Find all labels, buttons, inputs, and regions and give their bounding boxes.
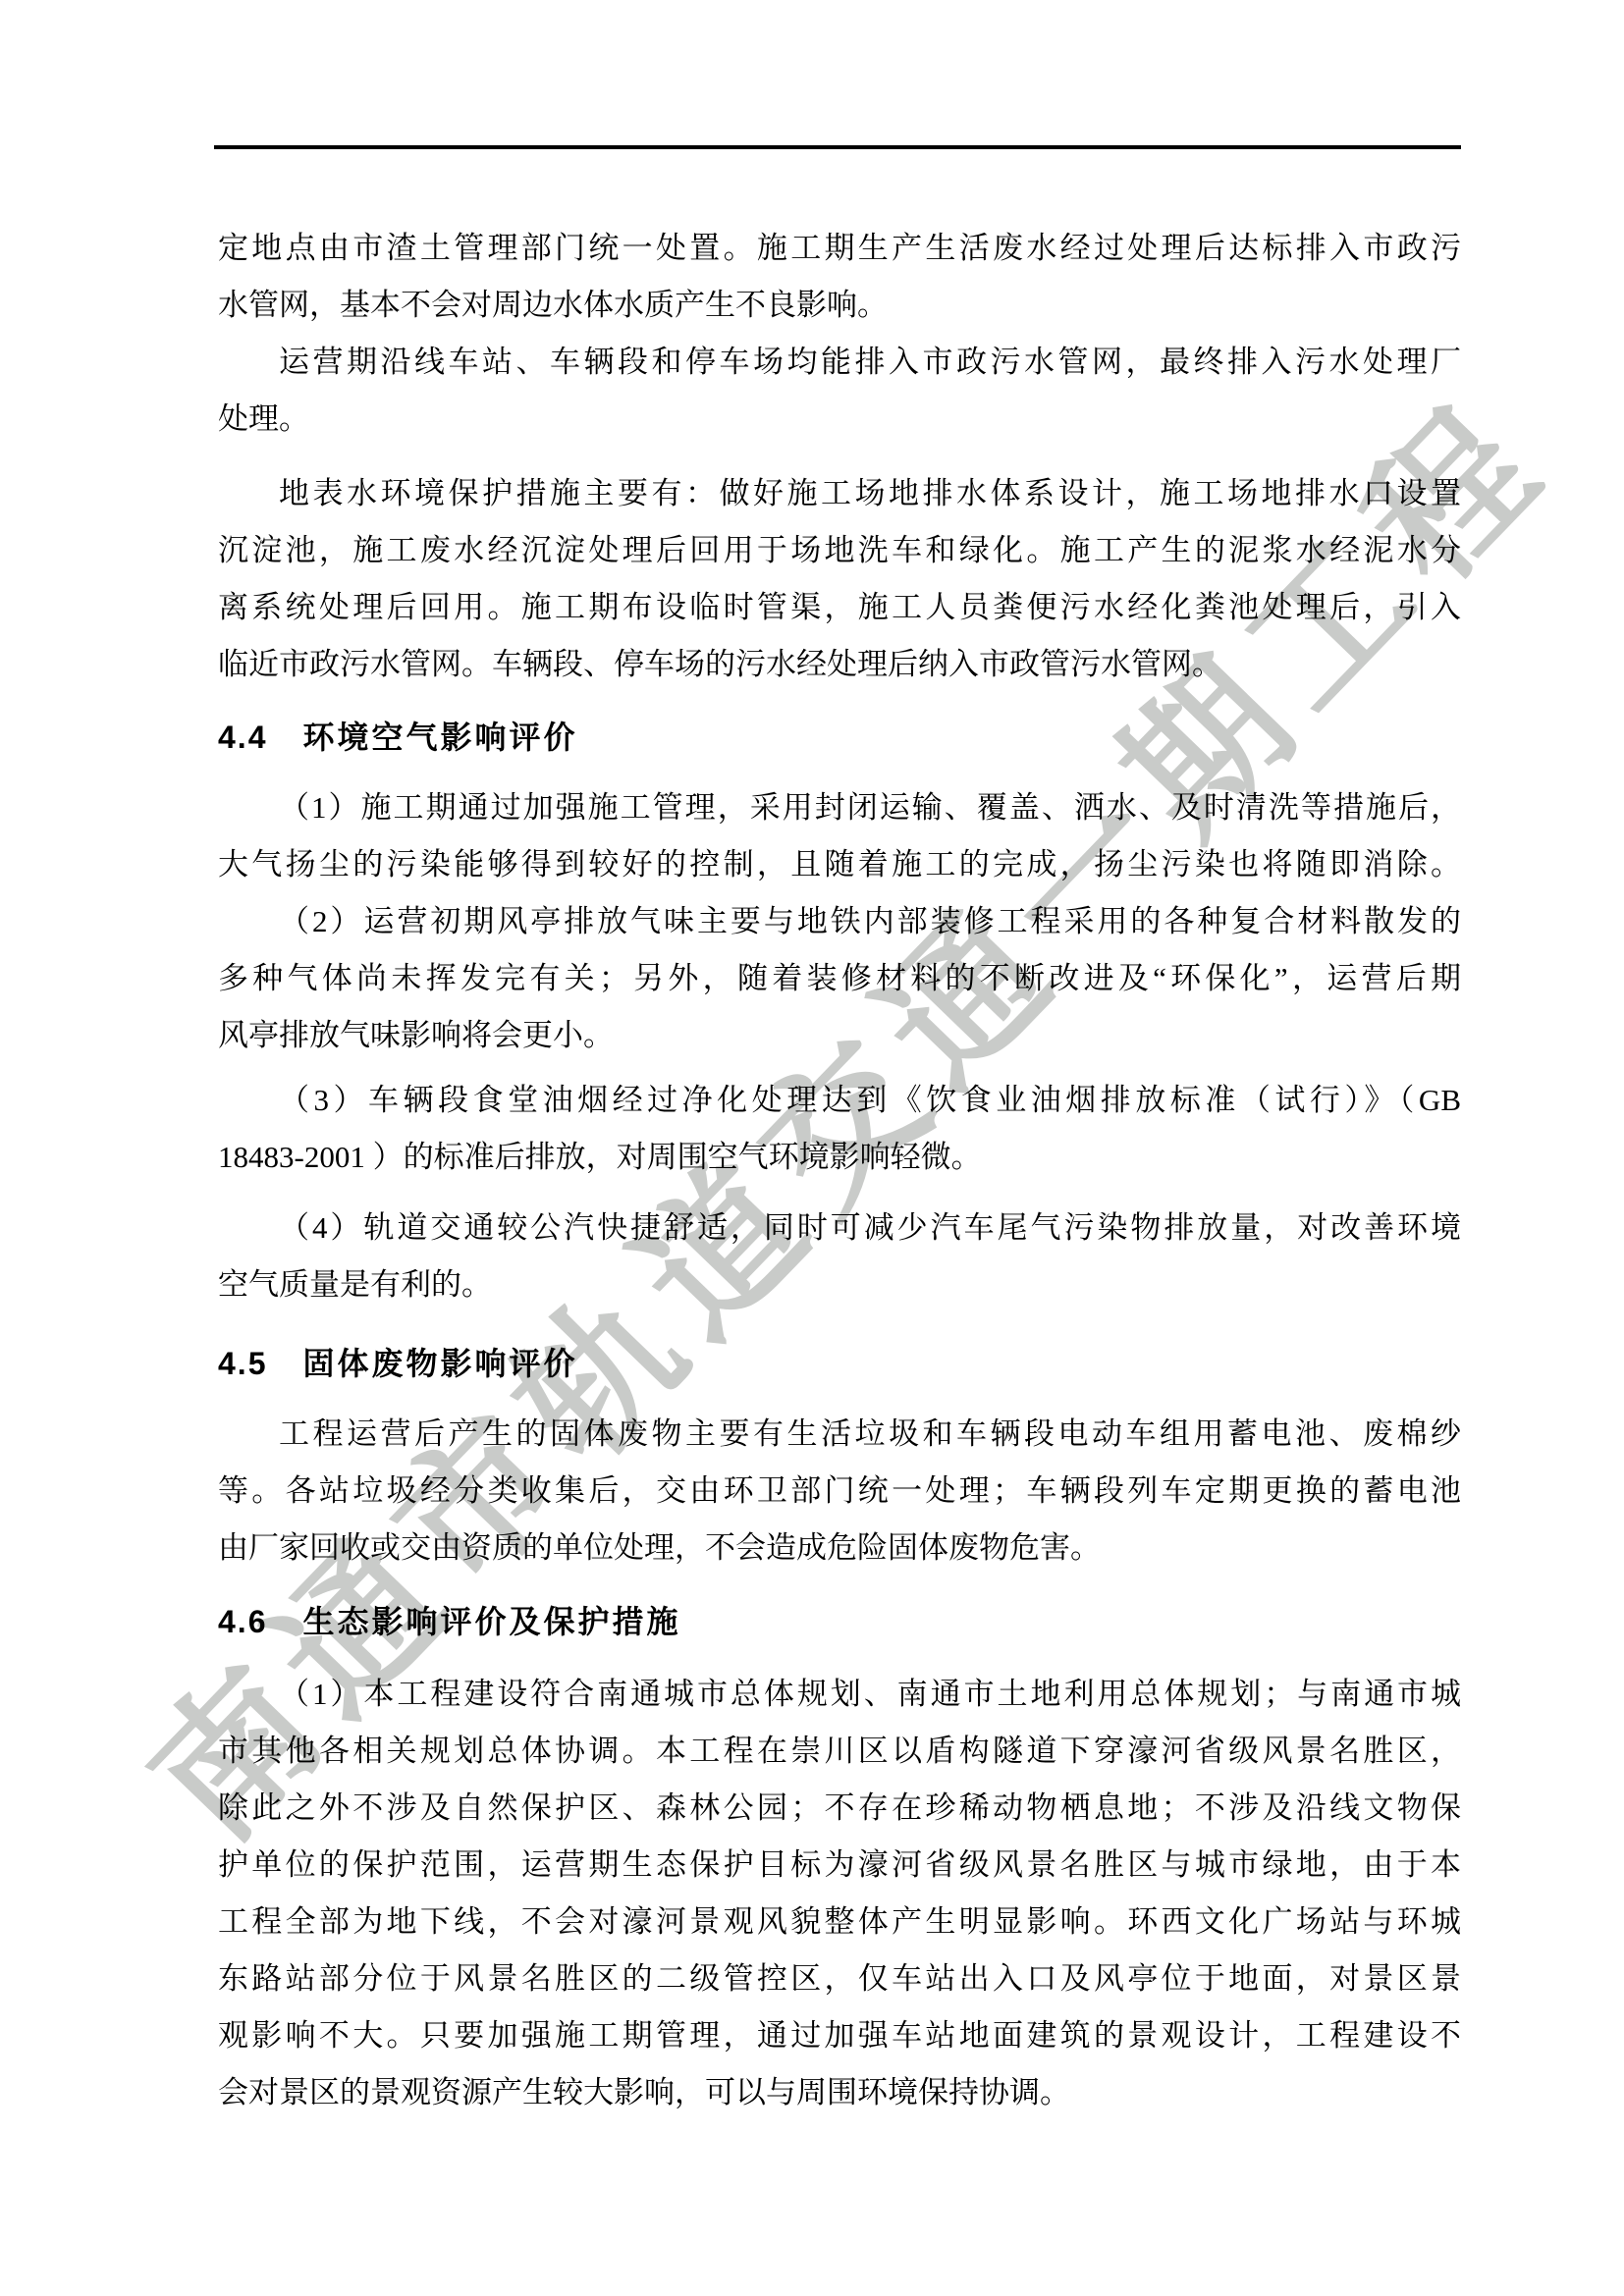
text-line: （1）施工期通过加强施工管理，采用封闭运输、覆盖、洒水、及时清洗等措施后， (218, 779, 1461, 836)
text-line: 会对景区的景观资源产生较大影响，可以与周围环境保持协调。 (218, 2064, 1461, 2121)
section-number: 4.6 (218, 1604, 267, 1639)
text-line: 由厂家回收或交由资质的单位处理，不会造成危险固体废物危害。 (218, 1520, 1461, 1576)
text-line: （4）轨道交通较公汽快捷舒适，同时可减少汽车尾气污染物排放量，对改善环境 (218, 1200, 1461, 1256)
text-line: （2）运营初期风亭排放气味主要与地铁内部装修工程采用的各种复合材料散发的 (218, 893, 1461, 950)
text-line: （1）本工程建设符合南通城市总体规划、南通市土地利用总体规划；与南通市城 (218, 1666, 1461, 1723)
text-line: 风亭排放气味影响将会更小。 (218, 1007, 1461, 1064)
text-line: 除此之外不涉及自然保护区、森林公园；不存在珍稀动物栖息地；不涉及沿线文物保 (218, 1780, 1461, 1837)
text-line: 离系统处理后回用。施工期布设临时管渠，施工人员粪便污水经化粪池处理后，引入 (218, 579, 1461, 636)
paragraph: （2）运营初期风亭排放气味主要与地铁内部装修工程采用的各种复合材料散发的多种气体… (218, 893, 1461, 1064)
paragraph: （4）轨道交通较公汽快捷舒适，同时可减少汽车尾气污染物排放量，对改善环境空气质量… (218, 1200, 1461, 1313)
section-number: 4.4 (218, 720, 267, 755)
section-heading: 4.6生态影响评价及保护措施 (218, 1593, 1461, 1650)
section-title: 生态影响评价及保护措施 (302, 1604, 680, 1639)
text-line: 多种气体尚未挥发完有关；另外，随着装修材料的不断改进及“环保化”，运营后期 (218, 950, 1461, 1007)
text-line: 工程全部为地下线，不会对濠河景观风貌整体产生明显影响。环西文化广场站与环城 (218, 1894, 1461, 1950)
text-line: 观影响不大。只要加强施工期管理，通过加强车站地面建筑的景观设计，工程建设不 (218, 2007, 1461, 2064)
text-line: 工程运营后产生的固体废物主要有生活垃圾和车辆段电动车组用蓄电池、废棉纱 (218, 1406, 1461, 1463)
text-line: 运营期沿线车站、车辆段和停车场均能排入市政污水管网，最终排入污水处理厂 (218, 334, 1461, 391)
text-line: 护单位的保护范围，运营期生态保护目标为濠河省级风景名胜区与城市绿地，由于本 (218, 1837, 1461, 1894)
section-heading: 4.5固体废物影响评价 (218, 1335, 1461, 1392)
paragraph: 运营期沿线车站、车辆段和停车场均能排入市政污水管网，最终排入污水处理厂处理。 (218, 334, 1461, 448)
document-body: 定地点由市渣土管理部门统一处置。施工期生产生活废水经过处理后达标排入市政污水管网… (218, 0, 1461, 2121)
text-line: 处理。 (218, 391, 1461, 448)
text-line: 东路站部分位于风景名胜区的二级管控区，仅车站出入口及风亭位于地面，对景区景 (218, 1950, 1461, 2007)
paragraph: （1）施工期通过加强施工管理，采用封闭运输、覆盖、洒水、及时清洗等措施后，大气扬… (218, 779, 1461, 893)
text-line: 临近市政污水管网。车辆段、停车场的污水经处理后纳入市政管污水管网。 (218, 636, 1461, 693)
document-page: 南通市轨道交通一期工程 定地点由市渣土管理部门统一处置。施工期生产生活废水经过处… (0, 0, 1624, 2296)
paragraph: 定地点由市渣土管理部门统一处置。施工期生产生活废水经过处理后达标排入市政污水管网… (218, 220, 1461, 334)
section-number: 4.5 (218, 1346, 267, 1381)
text-line: （3）车辆段食堂油烟经过净化处理达到《饮食业油烟排放标准（试行）》（GB (218, 1072, 1461, 1129)
paragraph: 工程运营后产生的固体废物主要有生活垃圾和车辆段电动车组用蓄电池、废棉纱等。各站垃… (218, 1406, 1461, 1576)
paragraph: 地表水环境保护措施主要有：做好施工场地排水体系设计，施工场地排水口设置沉淀池，施… (218, 465, 1461, 693)
text-line: 18483-2001 ）的标准后排放，对周围空气环境影响轻微。 (218, 1129, 1461, 1186)
section-heading: 4.4环境空气影响评价 (218, 709, 1461, 766)
text-line: 沉淀池，施工废水经沉淀处理后回用于场地洗车和绿化。施工产生的泥浆水经泥水分 (218, 522, 1461, 579)
section-title: 固体废物影响评价 (302, 1346, 577, 1381)
text-line: 水管网，基本不会对周边水体水质产生不良影响。 (218, 277, 1461, 334)
text-line: 等。各站垃圾经分类收集后，交由环卫部门统一处理；车辆段列车定期更换的蓄电池 (218, 1463, 1461, 1520)
text-line: 定地点由市渣土管理部门统一处置。施工期生产生活废水经过处理后达标排入市政污 (218, 220, 1461, 277)
text-line: 大气扬尘的污染能够得到较好的控制，且随着施工的完成，扬尘污染也将随即消除。 (218, 836, 1461, 893)
text-line: 地表水环境保护措施主要有：做好施工场地排水体系设计，施工场地排水口设置 (218, 465, 1461, 522)
paragraph: （1）本工程建设符合南通城市总体规划、南通市土地利用总体规划；与南通市城市其他各… (218, 1666, 1461, 2121)
section-title: 环境空气影响评价 (302, 720, 577, 755)
paragraph: （3）车辆段食堂油烟经过净化处理达到《饮食业油烟排放标准（试行）》（GB1848… (218, 1072, 1461, 1186)
text-line: 市其他各相关规划总体协调。本工程在崇川区以盾构隧道下穿濠河省级风景名胜区， (218, 1723, 1461, 1780)
text-line: 空气质量是有利的。 (218, 1256, 1461, 1313)
